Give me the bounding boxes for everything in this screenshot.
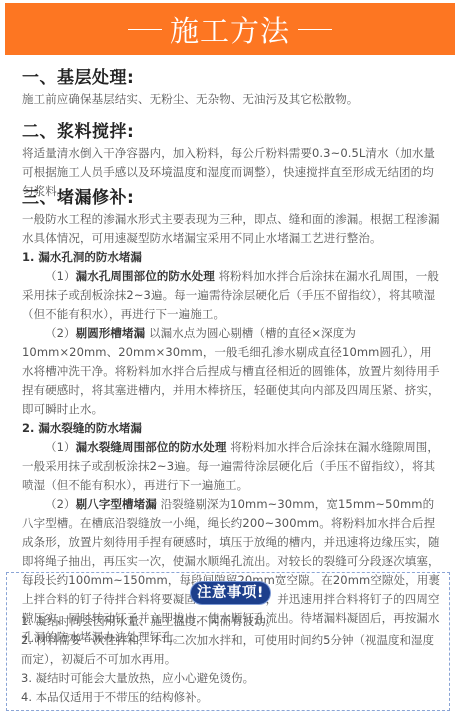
step-title: 漏水裂缝周围部位的防水处理: [76, 440, 227, 454]
crack-step-1: （1）漏水裂缝周围部位的防水处理 将粉料加水拌合后涂抹在漏水缝隙周围，一般采用抹…: [22, 438, 442, 495]
banner-left-dash: [128, 29, 162, 30]
step-lead: （1）: [45, 269, 76, 283]
base-treatment-text: 施工前应确保基层结实、无粉尘、无杂物、无油污及其它松散物。: [22, 90, 442, 109]
step-lead: （2）: [45, 326, 76, 340]
notes-badge: 注意事项!: [191, 582, 270, 604]
step-title: 漏水孔周围部位的防水处理: [76, 269, 215, 283]
heading-leak-repair: 三、堵漏修补:: [22, 186, 134, 210]
note-item: 4. 本品仅适用于不带压的结构修补。: [21, 688, 441, 707]
leak-repair-intro: 一般防水工程的渗漏水形式主要表现为三种，即点、缝和面的渗漏。根据工程渗漏水具体情…: [22, 210, 442, 248]
step-title: 剔圆形槽堵漏: [76, 326, 146, 340]
note-item: 3. 凝结时可能会大量放热，应小心避免烫伤。: [21, 669, 441, 688]
subsection-crack-title: 2. 漏水裂缝的防水堵漏: [22, 419, 442, 438]
heading-slurry-mixing: 二、浆料搅拌:: [22, 120, 134, 144]
hole-step-1: （1）漏水孔周围部位的防水处理 将粉料加水拌合后涂抹在漏水孔周围，一般采用抹子或…: [22, 267, 442, 324]
step-lead: （1）: [45, 440, 76, 454]
notes-list: 1. 凝结时间会因用水量、施工温度不同而有波动。 2. 材料需要一次性拌和，不可…: [21, 612, 441, 707]
hole-step-2: （2）剔圆形槽堵漏 以漏水点为圆心剔槽（槽的直径×深度为10mm×20mm、20…: [22, 324, 442, 419]
banner-title: 施工方法: [170, 9, 290, 50]
note-item: 1. 凝结时间会因用水量、施工温度不同而有波动。: [21, 612, 441, 631]
step-title: 剔八字型槽堵漏: [76, 497, 157, 511]
step-lead: （2）: [45, 497, 76, 511]
section-banner: 施工方法: [5, 3, 455, 55]
banner-right-dash: [298, 29, 332, 30]
subsection-hole-title: 1. 漏水孔洞的防水堵漏: [22, 248, 442, 267]
note-item: 2. 材料需要一次性拌和，不可二次加水拌和，可使用时间约5分钟（视温度和湿度而定…: [21, 631, 441, 669]
heading-base-treatment: 一、基层处理:: [22, 66, 134, 90]
